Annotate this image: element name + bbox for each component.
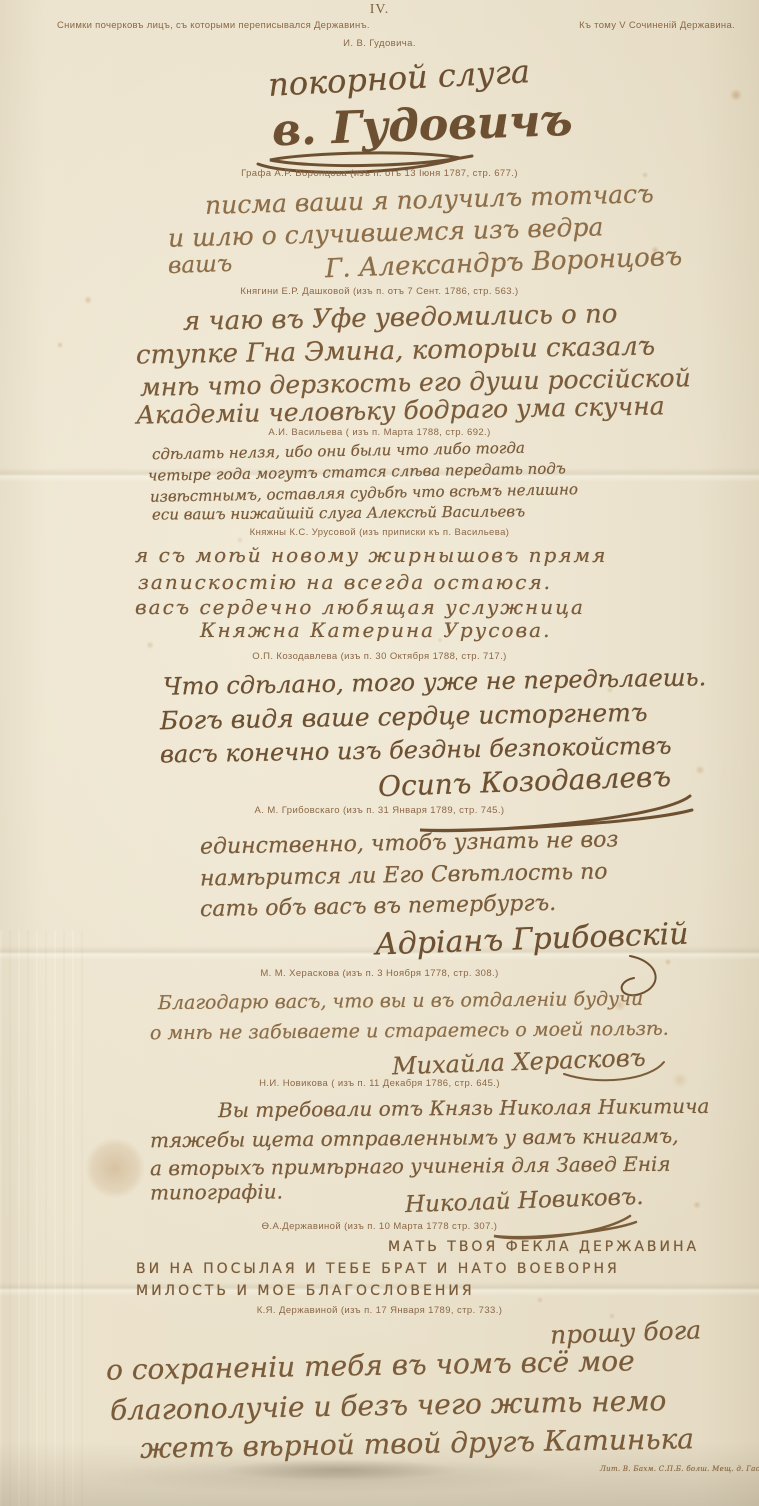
caption-gribovsky: А. М. Грибовскаго (изъ п. 31 Января 1789…: [0, 805, 759, 816]
paper-fold-striations: [0, 930, 90, 1506]
signature-line: Михайла Херасковъ: [392, 1046, 646, 1079]
handwriting-line: Богъ видя ваше сердце исторгнетъ: [160, 700, 648, 734]
handwriting-line: о мнѣ не забываете и стараетесь о моей п…: [150, 1020, 669, 1044]
caption-derzhavina-katerina: К.Я. Державиной (изъ п. 17 Января 1789, …: [0, 1305, 759, 1316]
signature-line: Г. Александръ Воронцовъ: [325, 244, 683, 282]
handwriting-line: покорной слуга: [267, 55, 530, 101]
handwriting-line: Благодарю васъ, что вы и въ отдаленіи бу…: [158, 990, 643, 1013]
handwriting-line: Вы требовали отъ Князь Николая Никитича: [218, 1096, 710, 1120]
handwriting-line: я чаю въ Уфе уведомились о по: [183, 301, 618, 335]
handwriting-line: Академіи человѣку бодраго ума скучна: [136, 393, 665, 427]
handwriting-line: типографіи.: [150, 1181, 283, 1202]
handwriting-line: о сохраненіи тебя въ чомъ всё мое: [106, 1347, 635, 1384]
handwriting-line: четыре года могутъ статся слѣва передать…: [148, 461, 566, 483]
handwriting-line: ступке Гна Эмина, которыи сказалъ: [136, 333, 656, 368]
caption-novikov: Н.И. Новикова ( изъ п. 11 Декабря 1786, …: [0, 1078, 759, 1089]
caption-derzhavina-fekla: Ѳ.А.Державиной (изъ п. 10 Марта 1778 стр…: [0, 1221, 759, 1232]
handwriting-line: сдѣлать нелзя, ибо они были что либо тог…: [152, 441, 525, 463]
handwriting-line: намѣрится ли Его Свѣтлость по: [200, 861, 608, 890]
handwriting-line: тяжебы щета отправленнымъ у вамъ книгамъ…: [150, 1126, 679, 1151]
handwriting-line: мать твоя фекла державина: [388, 1240, 699, 1254]
caption-urusova: Княжны К.С. Урусовой (изъ приписки къ п.…: [0, 527, 759, 538]
handwriting-line: вашъ: [168, 253, 233, 278]
handwriting-line: жетъ вѣрной твой другъ Катинька: [140, 1425, 694, 1463]
handwriting-line: благополучіе и безъ чего жить немо: [110, 1387, 667, 1425]
header-volume-ref: Къ тому V Сочиненій Державина.: [579, 20, 735, 31]
handwriting-line: запискостію на всегда остаюся.: [138, 572, 552, 592]
caption-kheraskov: М. М. Хераскова (изъ п. 3 Ноября 1778, с…: [0, 968, 759, 979]
signature-line: Николай Новиковъ.: [405, 1186, 644, 1217]
caption-vorontsov: Графа А.Р. Воронцова (изъ п. отъ 13 Іюня…: [0, 168, 759, 179]
handwriting-line: единственно, чтобъ узнать не воз: [200, 829, 619, 858]
handwriting-line: прошу бога: [550, 1317, 702, 1347]
handwriting-line: Что сдѣлано, того уже не передѣлаешь.: [163, 665, 707, 698]
lithographer-imprint: Лит. В. Бахм. С.П.Б. болш. Мещ. д. Гассе…: [600, 1466, 759, 1473]
caption-dashkova: Княгини Е.Р. Дашковой (изъ п. отъ 7 Сент…: [0, 286, 759, 297]
scanned-plate-page: IV. Снимки почерковъ лицъ, съ которыми п…: [0, 0, 759, 1506]
handwriting-line: еси вашъ нижайшій слуга Алексѣй Васильев…: [152, 504, 525, 522]
handwriting-line: я съ моѣй новому жирнышовъ прямя: [135, 545, 607, 565]
handwriting-line: и шлю о случившемся изъ ведра: [168, 214, 604, 250]
signature-line: Княжна Катерина Урусова.: [200, 620, 551, 640]
signature-line: в. Гудовичъ: [271, 99, 573, 153]
signature-line: Осипъ Козодавлевъ: [378, 763, 672, 801]
caption-gudovich: И. В. Гудовича.: [0, 38, 759, 49]
caption-kozodavlev: О.П. Козодавлева (изъ п. 30 Октября 1788…: [0, 651, 759, 662]
handwriting-line: а вторыхъ примѣрнаго учиненія для Завед …: [150, 1154, 671, 1179]
plate-number: IV.: [0, 2, 759, 18]
handwriting-line: извѣстнымъ, оставляя судьбѣ что всѣмъ не…: [150, 482, 578, 504]
handwriting-line: сать объ васъ въ петербургъ.: [200, 893, 557, 921]
caption-vasilyev: А.И. Васильева ( изъ п. Марта 1788, стр.…: [0, 427, 759, 438]
handwriting-line: милость и мое благословения: [136, 1284, 475, 1298]
signature-line: Адріанъ Грибовскій: [375, 920, 689, 961]
handwriting-line: ви на посылая и тебе брат и нато воеворн…: [136, 1262, 620, 1276]
handwriting-line: васъ сердечно любящая услужница: [135, 597, 585, 617]
header-series-title: Снимки почерковъ лицъ, съ которыми переп…: [57, 20, 370, 31]
